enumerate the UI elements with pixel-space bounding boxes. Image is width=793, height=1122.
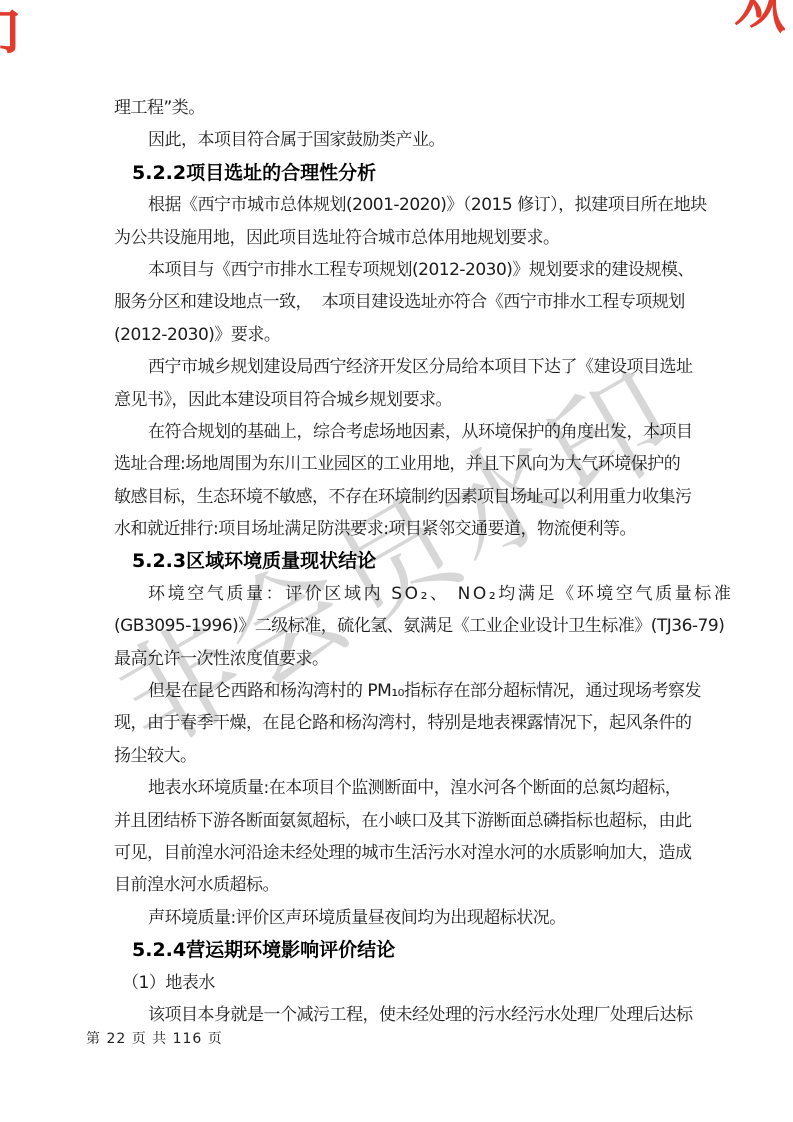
document-line: 该项目本身就是一个减污工程，使未经处理的污水经污水处理厂处理后达标 (114, 999, 690, 1031)
section-heading: 5.2.4营运期环境影响评价结论 (132, 934, 690, 966)
document-line: 选址合理:场地周围为东川工业园区的工业用地，并且下风向为大气环境保护的 (114, 448, 690, 480)
footer-page-number: 第 22 页 共 116 页 (86, 1028, 223, 1048)
document-line: (GB3095-1996)》二级标准，硫化氢、氨满足《工业企业设计卫生标准》(T… (114, 610, 690, 642)
document-line: 服务分区和建设地点一致， 本项目建设选址亦符合《西宁市排水工程专项规划 (114, 286, 690, 318)
document-page: 非会员水印 卩 从 理工程”类。 因此，本项目符合属于国家鼓励类产业。 5.2.… (0, 0, 793, 1122)
seal-fragment-top-left: 卩 (0, 6, 34, 68)
section-heading: 5.2.2项目选址的合理性分析 (132, 157, 690, 189)
document-line: 环境空气质量：评价区域内 SO₂、 NO₂均满足《环境空气质量标准 (114, 578, 690, 610)
list-item-heading: （1）地表水 (122, 967, 690, 999)
document-line: 根据《西宁市城市总体规划(2001-2020)》（2015 修订），拟建项目所在… (114, 189, 690, 221)
seal-fragment-top-right: 从 (733, 0, 793, 60)
document-line: 地表水环境质量:在本项目个监测断面中，湟水河各个断面的总氮均超标， (114, 772, 690, 804)
document-line: 现，由于春季干燥，在昆仑路和杨沟湾村，特别是地表裸露情况下，起风条件的 (114, 707, 690, 739)
document-line: 目前湟水河水质超标。 (114, 869, 690, 901)
document-body: 理工程”类。 因此，本项目符合属于国家鼓励类产业。 5.2.2项目选址的合理性分… (114, 92, 690, 1031)
seal-glyph: 卩 (0, 6, 34, 66)
document-line: 敏感目标，生态环境不敏感，不存在环境制约因素项目场址可以利用重力收集污 (114, 481, 690, 513)
document-line: 在符合规划的基础上，综合考虑场地因素，从环境保护的角度出发，本项目 (114, 416, 690, 448)
document-line: 最高允许一次性浓度值要求。 (114, 643, 690, 675)
document-line: 水和就近排行:项目场址满足防洪要求:项目紧邻交通要道，物流便利等。 (114, 513, 690, 545)
document-line: 但是在昆仑西路和杨沟湾村的 PM₁₀指标存在部分超标情况，通过现场考察发 (114, 675, 690, 707)
document-line: (2012-2030)》要求。 (114, 319, 690, 351)
document-line: 为公共设施用地，因此项目选址符合城市总体用地规划要求。 (114, 222, 690, 254)
document-line: 本项目与《西宁市排水工程专项规划(2012-2030)》规划要求的建设规模、 (114, 254, 690, 286)
document-line: 因此，本项目符合属于国家鼓励类产业。 (114, 124, 690, 156)
document-line: 可见，目前湟水河沿途未经处理的城市生活污水对湟水河的水质影响加大，造成 (114, 837, 690, 869)
document-line: 声环境质量:评价区声环境质量昼夜间均为出现超标状况。 (114, 902, 690, 934)
document-line: 西宁市城乡规划建设局西宁经济开发区分局给本项目下达了《建设项目选址 (114, 351, 690, 383)
document-line: 并且团结桥下游各断面氨氮超标，在小峡口及其下游断面总磷指标也超标，由此 (114, 805, 690, 837)
document-line: 理工程”类。 (114, 92, 690, 124)
section-heading: 5.2.3区域环境质量现状结论 (132, 545, 690, 577)
document-line: 意见书》，因此本建设项目符合城乡规划要求。 (114, 384, 690, 416)
document-line: 扬尘较大。 (114, 740, 690, 772)
seal-glyph: 从 (733, 0, 793, 38)
